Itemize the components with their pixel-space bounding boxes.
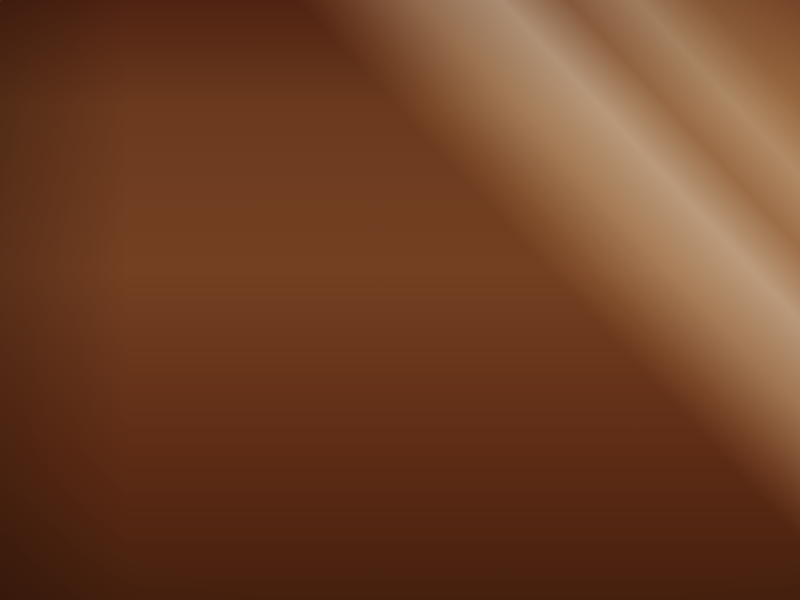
wood-table bbox=[0, 0, 800, 600]
manuscript-photo: бавше крѣпко . сѣнѣдми безаконныи ѡ сиск… bbox=[0, 0, 800, 600]
